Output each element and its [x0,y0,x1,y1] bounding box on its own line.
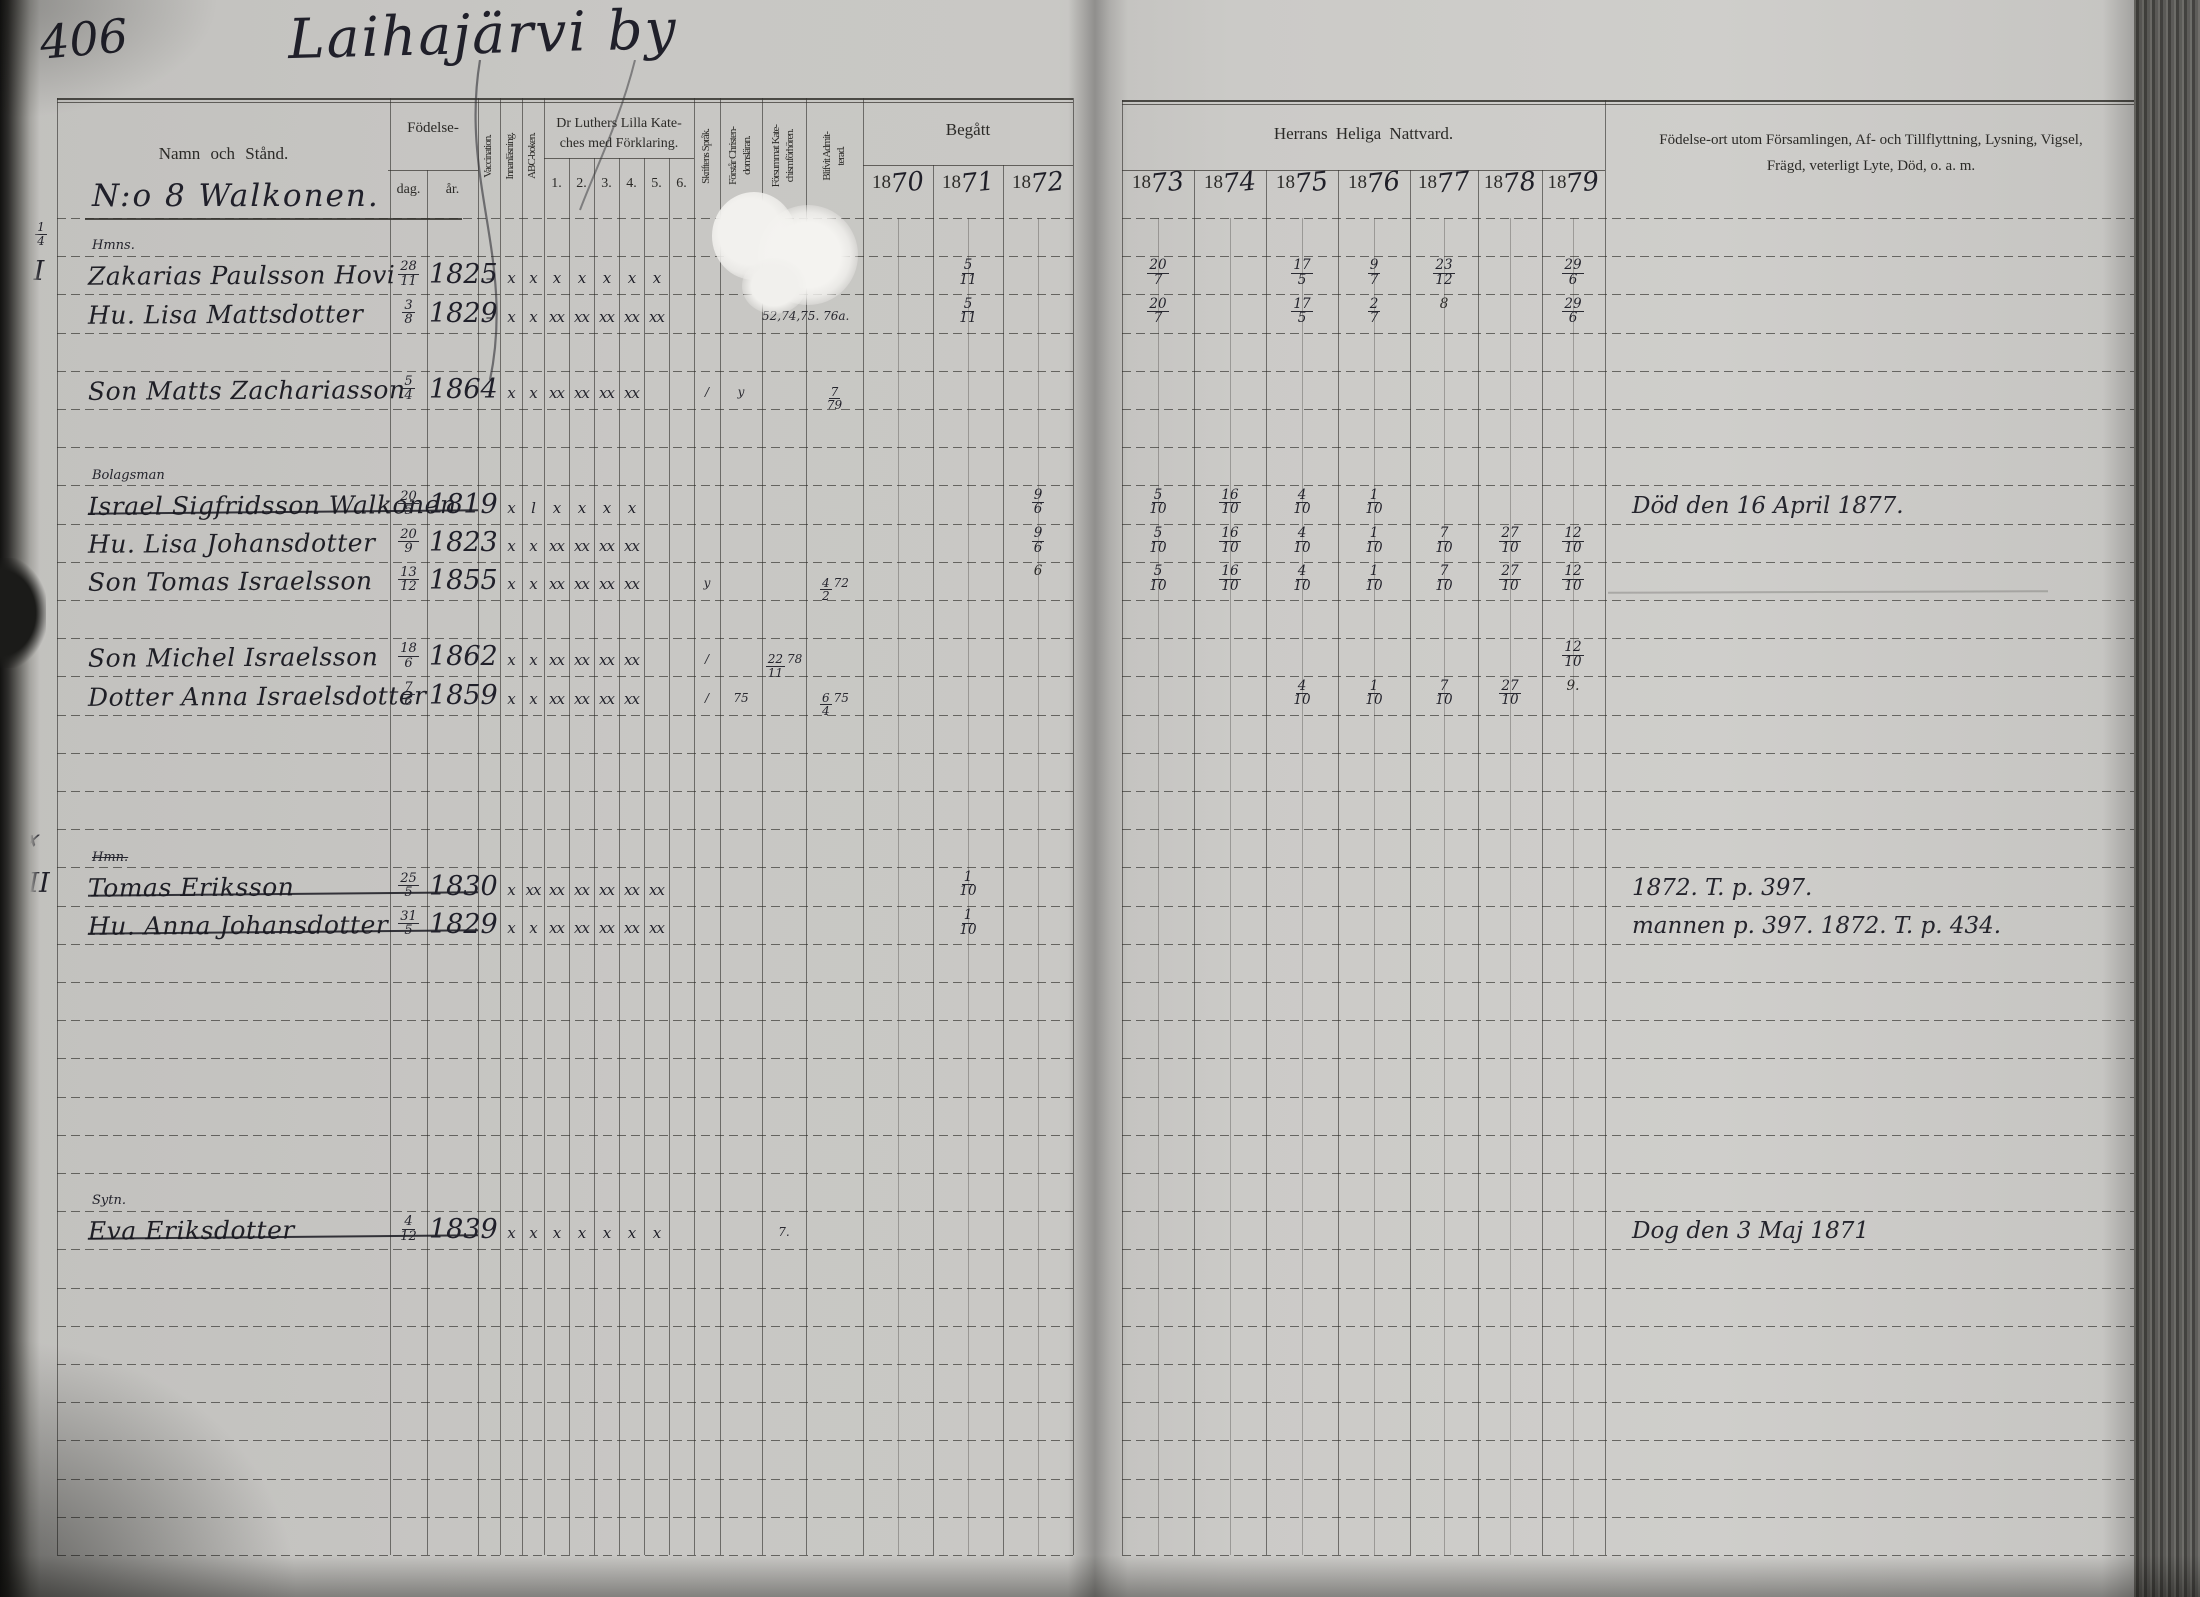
column-header-vertical-label: Innanläsning. [504,133,518,180]
year-header: 1871 [933,168,1003,198]
skriftens-mark: / [694,691,720,705]
communion-date: 1210 [1553,563,1593,594]
catechism-mark: xx [545,575,569,593]
grid-vline [1230,218,1231,1555]
scanned-parish-register-page: 406 Laihajärvi by Namn och Stånd. Födels… [0,0,2200,1597]
grid-vline [1478,170,1479,1555]
catechism-mark: – [477,308,501,326]
grid-hline [1122,294,2137,295]
grid-hline [1122,638,2137,639]
year-printed: 18 [942,172,961,193]
grid-hline [57,867,1073,868]
person-name: Zakarias Paulsson Hovi [88,261,396,292]
communion-date: 207 [1138,296,1178,327]
communion-date: 410 [1282,678,1322,709]
grid-vline [1302,218,1303,1555]
forstar-mark: 75 [720,691,762,705]
catechism-mark: xx [595,881,619,899]
grid-vline [863,98,864,1555]
grid-hline [1122,485,2137,486]
year-header: 1874 [1194,168,1266,198]
catechism-mark: x [499,308,523,326]
catechism-mark: x [595,1224,619,1242]
grid-hline [57,371,1073,372]
communion-date: 2312 [1424,257,1464,288]
grid-hline [57,1249,1073,1250]
catechism-mark: x [499,575,523,593]
margin-roman-numeral: II [24,868,54,899]
catechism-mark: xx [570,690,594,708]
catechism-mark: x [499,919,523,937]
grid-hline [1122,1249,2137,1250]
catechism-mark: x [521,537,545,555]
forsummat-mark: 221178 [762,652,806,678]
birth-day: 54 [390,373,427,403]
grid-vline [594,158,595,1555]
grid-hline [57,524,1073,525]
communion-date: 410 [1282,563,1322,594]
birth-year: 1839 [429,1214,498,1245]
catechism-mark: x [521,1224,545,1242]
begatt-date: 110 [948,869,988,900]
grid-hline [57,1517,1073,1518]
catechism-mark: xx [570,919,594,937]
communion-date: 110 [1354,678,1394,709]
begatt-date: 96 [1018,487,1058,518]
column-header-name: Namn och Stånd. [57,144,390,164]
year-header: 1878 [1478,168,1542,198]
communion-date: 1210 [1553,525,1593,556]
catechism-mark: x [499,537,523,555]
person-name: Hu. Lisa Johansdotter [88,528,376,559]
bottom-shadow [0,1555,2200,1597]
catechism-mark: xx [545,308,569,326]
catechism-mark: x [521,690,545,708]
birth-day: 2811 [390,258,427,288]
margin-cross-mark: ✗ [22,830,39,854]
register-note: 1872. T. p. 397. [1632,875,1812,901]
catechism-mark: xx [645,881,669,899]
grid-hline [57,1058,1073,1059]
birth-day: 205 [390,488,427,518]
catechism-mark: x [620,499,644,517]
begatt-date: 6 [1018,563,1058,579]
catechism-mark: x [521,269,545,287]
catechism-mark: x [521,308,545,326]
catechism-mark: l [521,499,545,517]
grid-hline [1122,867,2137,868]
grid-hline [1122,371,2137,372]
person-name: Son Tomas Israelsson [88,566,373,596]
register-note: Dog den 3 Maj 1871 [1632,1218,1869,1244]
catechism-mark: x [521,384,545,402]
communion-date: 1610 [1210,563,1250,594]
birth-year: 1859 [429,680,498,711]
communion-date: 710 [1424,525,1464,556]
grid-hline [57,944,1073,945]
column-header-vertical: Förstår Christen- domsläran. [720,96,762,216]
grid-vline [1122,100,1123,1555]
admitted-mark: 779 [806,385,863,411]
year-printed: 18 [1132,172,1151,193]
grid-vline [1444,218,1445,1555]
birth-year: 1864 [429,374,498,405]
grid-hline [1122,676,2137,677]
grid-hline [57,715,1073,716]
birth-year: 1819 [429,489,498,520]
page-title: Laihajärvi by [287,0,678,71]
grid-hline [1122,256,2137,257]
catechism-mark: xx [570,881,594,899]
grid-hline [1122,1555,2137,1556]
catechism-mark: xx [545,919,569,937]
row-annotation: Hmns. [92,238,135,253]
catechism-mark: x [499,269,523,287]
whiteout-stain [742,258,806,314]
grid-vline [1158,218,1159,1555]
communion-date: 1610 [1210,487,1250,518]
communion-date: 410 [1282,525,1322,556]
margin-roman-numeral: I [24,256,54,287]
grid-hline [1122,1173,2137,1174]
grid-hline [57,906,1073,907]
communion-date: 175 [1282,296,1322,327]
catechism-mark: x [499,881,523,899]
communion-date: 110 [1354,563,1394,594]
year-header: 1873 [1122,168,1194,198]
catechism-mark: xx [595,537,619,555]
birth-day: 315 [390,908,427,938]
catechism-mark: x [620,269,644,287]
grid-hline [1122,791,2137,792]
communion-date: 2710 [1490,678,1530,709]
grid-vline [644,158,645,1555]
grid-hline [1122,218,2137,219]
birth-day: 1312 [390,564,427,594]
skriftens-mark: / [694,385,720,399]
birth-year: 1830 [429,871,498,902]
communion-date: 27 [1354,296,1394,327]
communion-date: 710 [1424,563,1464,594]
person-name: Eva Eriksdotter [88,1216,295,1246]
catechism-mark: xx [645,919,669,937]
catechism-mark: xx [595,384,619,402]
grid-hline [1122,409,2137,410]
grid-hline [1122,1517,2137,1518]
communion-date: 2710 [1490,563,1530,594]
column-header-vertical: Skriftens Språk. [694,96,720,216]
grid-hline [1122,906,2137,907]
grid-hline [57,791,1073,792]
grid-hline [57,294,1073,295]
catechism-mark: xx [620,384,644,402]
year-printed: 18 [1484,172,1503,193]
birth-year: 1862 [429,641,498,672]
grid-vline [1573,218,1574,1555]
communion-date: 510 [1138,563,1178,594]
grid-vline [720,98,721,1555]
grid-hline [1122,982,2137,983]
grid-hline [1122,1440,2137,1441]
year-printed: 18 [1012,172,1031,193]
luthers-subcolumn-number: 5. [644,176,669,192]
catechism-mark: xx [620,690,644,708]
catechism-mark: x [645,269,669,287]
grid-hline [57,562,1073,563]
catechism-mark: xx [570,308,594,326]
year-handwritten: 74 [1221,166,1257,199]
catechism-mark: x [570,499,594,517]
catechism-mark: xx [545,881,569,899]
forstar-mark: y [720,385,762,399]
year-header: 1876 [1338,168,1410,198]
catechism-mark: xx [570,537,594,555]
column-header-vertical-label: Vaccination. [482,135,496,178]
luthers-subcolumn-number: 6. [669,176,694,192]
grid-vline [694,98,695,1555]
grid-hline [57,1326,1073,1327]
column-header-vertical-label: Försummat Kate- chismförhören. [770,125,798,187]
communion-date: 710 [1424,678,1464,709]
year-printed: 18 [1204,172,1223,193]
grid-vline [569,158,570,1555]
grid-hline [1122,1211,2137,1212]
catechism-mark: xx [545,651,569,669]
person-name: Hu. Lisa Mattsdotter [88,299,364,329]
grid-hline [1122,1402,2137,1403]
year-handwritten: 70 [889,166,925,199]
person-name: Hu. Anna Johansdotter [88,910,388,941]
grid-hline [388,170,478,171]
catechism-mark: x [595,269,619,287]
catechism-mark: xx [570,384,594,402]
catechism-mark: xx [620,881,644,899]
faded-note-strike [1608,590,2048,594]
luthers-subcolumn-number: 3. [594,176,619,192]
grid-hline [1122,333,2137,334]
catechism-mark: xx [595,690,619,708]
birth-year: 1829 [429,909,498,940]
grid-vline [1194,170,1195,1555]
grid-hline [1122,753,2137,754]
catechism-mark: x [499,1224,523,1242]
year-handwritten: 78 [1501,166,1537,199]
household-group-heading: N:o 8 Walkonen. [92,178,380,214]
admitted-mark: 6475 [806,691,863,717]
grid-hline [1122,715,2137,716]
grid-hline [1122,524,2137,525]
grid-hline [1122,944,2137,945]
column-header-vertical: Blifvit Admit- terad. [806,96,863,216]
communion-date: 2710 [1490,525,1530,556]
person-name: Son Matts Zachariasson [88,375,406,406]
catechism-mark: xx [595,308,619,326]
catechism-mark: xx [620,575,644,593]
grid-hline [57,1135,1073,1136]
grid-hline [57,1173,1073,1174]
grid-vline [427,170,428,1555]
catechism-mark: xx [645,308,669,326]
grid-hline [57,1555,1073,1556]
catechism-mark: x [499,384,523,402]
catechism-mark: xx [620,537,644,555]
grid-vline [2137,100,2138,1555]
grid-hline [57,1479,1073,1480]
grid-hline [1122,100,2137,102]
column-header-begatt: Begått [863,120,1073,140]
communion-date: 1610 [1210,525,1250,556]
year-header: 1879 [1542,168,1605,198]
grid-hline [1122,1326,2137,1327]
grid-hline [1122,447,2137,448]
grid-vline [1338,170,1339,1555]
row-annotation: Bolagsman [92,468,165,483]
book-fore-edge [2134,0,2200,1597]
grid-hline [863,165,1073,166]
begatt-date: 511 [948,296,988,327]
birth-year: 1855 [429,565,498,596]
grid-hline [1122,1097,2137,1098]
column-header-luthers-catechism: Dr Luthers Lilla Kate- ches med Förklari… [541,114,697,155]
birth-year: 1823 [429,527,498,558]
grid-hline [57,102,1073,103]
year-printed: 18 [1276,172,1295,193]
birth-day: 412 [390,1213,427,1243]
communion-date: 510 [1138,487,1178,518]
book-clasp-shadow [0,558,46,668]
year-printed: 18 [1418,172,1437,193]
luthers-subcolumn-number: 4. [619,176,644,192]
grid-hline [1122,600,2137,601]
column-header-birth: Födelse- [388,120,478,137]
grid-hline [1122,104,2137,105]
birth-day: 255 [390,870,427,900]
catechism-mark: xx [545,537,569,555]
communion-date: 175 [1282,257,1322,288]
column-header-communion: Herrans Heliga Nattvard. [1122,124,1605,144]
catechism-mark: x [545,1224,569,1242]
birth-day: 209 [390,526,427,556]
admitted-mark: 4272 [806,576,863,602]
grid-hline [57,829,1073,830]
grid-hline [1122,1020,2137,1021]
catechism-mark: xx [595,651,619,669]
year-header: 1870 [863,168,933,198]
grid-vline [1542,170,1543,1555]
year-handwritten: 77 [1435,166,1471,199]
grid-hline [1122,1288,2137,1289]
grid-hline [57,409,1073,410]
communion-date: 1210 [1553,639,1593,670]
year-printed: 18 [872,172,891,193]
page-right-shade [2102,0,2142,1597]
grid-hline [85,218,462,220]
catechism-mark: x [545,269,569,287]
catechism-mark: xx [570,651,594,669]
catechism-mark: x [595,499,619,517]
grid-hline [57,447,1073,448]
column-header-vertical-label: ABC-boken. [526,133,540,179]
grid-hline [57,333,1073,334]
grid-vline [1038,218,1039,1555]
row-annotation: Hmn. [92,850,128,865]
catechism-mark: x [521,919,545,937]
communion-date: 207 [1138,257,1178,288]
catechism-mark: xx [570,575,594,593]
year-handwritten: 76 [1365,166,1401,199]
grid-vline [1605,100,1606,1555]
grid-hline [57,1020,1073,1021]
birth-day: 38 [390,297,427,327]
grid-hline [1122,1364,2137,1365]
grid-hline [57,676,1073,677]
catechism-mark: xx [595,919,619,937]
begatt-date: 96 [1018,525,1058,556]
forsummat-mark: 47. 71. [762,270,806,284]
catechism-mark: x [570,1224,594,1242]
catechism-mark: x [499,499,523,517]
grid-vline [57,98,58,1555]
column-header-birth-day: dag. [390,182,427,198]
grid-hline [57,98,1073,100]
register-note: Död den 16 April 1877. [1632,493,1904,519]
skriftens-mark: y [694,576,720,590]
communion-date: 110 [1354,487,1394,518]
catechism-mark: xx [545,384,569,402]
column-header-vertical: Försummat Kate- chismförhören. [762,96,806,216]
grid-hline [57,485,1073,486]
grid-hline [57,753,1073,754]
whiteout-stain [758,205,858,305]
register-note: mannen p. 397. 1872. T. p. 434. [1632,913,2001,939]
column-header-vertical: ABC-boken. [522,96,544,216]
grid-vline [1510,218,1511,1555]
person-name: Tomas Eriksson [88,872,294,902]
catechism-mark: xx [620,308,644,326]
grid-hline [57,1211,1073,1212]
communion-date: 9. [1553,678,1593,694]
birth-day: 186 [390,640,427,670]
column-header-notes: Födelse-ort utom Församlingen, Af- och T… [1605,128,2137,179]
grid-vline [669,158,670,1555]
year-handwritten: 72 [1029,166,1065,199]
grid-vline [1374,218,1375,1555]
column-header-birth-year: år. [427,182,478,198]
year-header: 1877 [1410,168,1478,198]
catechism-mark: x [620,1224,644,1242]
grid-hline [57,1440,1073,1441]
communion-date: 110 [1354,525,1394,556]
grid-vline [1266,170,1267,1555]
birth-day: 76 [390,679,427,709]
person-name: Dotter Anna Israelsdotter [88,681,427,712]
column-header-vertical-label: Skriftens Språk. [700,129,714,184]
grid-hline [1122,1479,2137,1480]
catechism-mark: x [570,269,594,287]
catechism-mark: x [521,575,545,593]
year-handwritten: 73 [1149,166,1185,199]
communion-date: 296 [1553,257,1593,288]
catechism-mark: xx [595,575,619,593]
catechism-mark: xx [620,651,644,669]
forsummat-mark: 52,74,75. 76a. [762,309,806,323]
grid-vline [1003,165,1004,1555]
luthers-subcolumn-number: 1. [544,176,569,192]
year-printed: 18 [1348,172,1367,193]
year-handwritten: 75 [1293,166,1329,199]
column-header-vertical-label: Förstår Christen- domsläran. [727,127,755,185]
person-name: Son Michel Israelsson [88,643,378,674]
